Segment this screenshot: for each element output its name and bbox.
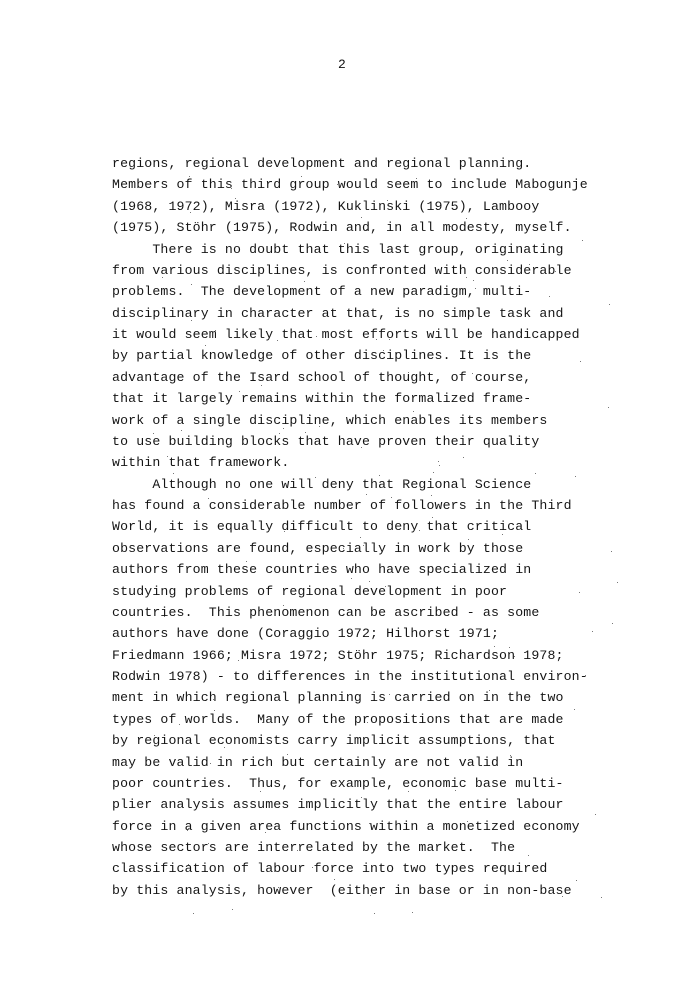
text-line: plier analysis assumes implicitly that t… [112, 794, 588, 815]
scan-noise [529, 698, 530, 699]
scan-noise [283, 605, 284, 606]
scan-noise [385, 586, 386, 587]
scan-noise [494, 646, 495, 647]
scan-noise [232, 909, 233, 910]
scan-noise [433, 472, 434, 473]
scan-noise [608, 407, 609, 408]
scan-noise [367, 722, 368, 723]
scan-noise [315, 477, 316, 478]
text-line: advantage of the Isard school of thought… [112, 367, 588, 388]
scan-noise [404, 480, 405, 481]
scan-noise [555, 271, 556, 272]
scan-noise [179, 724, 180, 725]
scan-noise [376, 339, 377, 340]
scan-noise [477, 652, 478, 653]
scan-noise [389, 694, 390, 695]
scan-noise [364, 337, 365, 338]
scan-noise [432, 893, 433, 894]
text-line: poor countries. Thus, for example, econo… [112, 773, 588, 794]
scan-noise [432, 517, 433, 518]
scan-noise [412, 912, 413, 913]
scan-noise [154, 735, 155, 736]
scan-noise [559, 182, 560, 183]
scan-noise [260, 791, 261, 792]
scan-noise [369, 581, 370, 582]
scan-noise [507, 260, 508, 261]
text-line: countries. This phenomenon can be ascrib… [112, 602, 588, 623]
text-line: World, it is equally difficult to deny t… [112, 516, 588, 537]
scan-noise [419, 530, 420, 531]
scan-noise [416, 178, 417, 179]
scan-noise [205, 345, 206, 346]
scan-noise [455, 790, 456, 791]
scan-noise [164, 616, 165, 617]
scan-noise [284, 531, 285, 532]
text-line: by regional economists carry implicit as… [112, 730, 588, 751]
scan-noise [304, 281, 305, 282]
scan-noise [592, 631, 593, 632]
scan-noise [283, 428, 284, 429]
scan-noise [438, 461, 439, 462]
scan-noise [309, 181, 310, 182]
scan-noise [235, 198, 236, 199]
scan-noise [370, 895, 371, 896]
text-line: authors from these countries who have sp… [112, 559, 588, 580]
text-line: by partial knowledge of other discipline… [112, 345, 588, 366]
scan-noise [475, 288, 476, 289]
scan-noise [208, 843, 209, 844]
scan-noise [277, 340, 278, 341]
scan-noise [310, 415, 311, 416]
scan-noise [229, 161, 230, 162]
scan-noise [466, 277, 467, 278]
scan-noise [301, 176, 302, 177]
text-line: Friedmann 1966; Misra 1972; Stöhr 1975; … [112, 645, 588, 666]
scan-noise [468, 539, 469, 540]
scan-noise [337, 184, 338, 185]
scan-noise [287, 754, 288, 755]
scan-noise [260, 637, 261, 638]
scan-noise [528, 855, 529, 856]
scan-noise [579, 592, 580, 593]
scan-noise [463, 457, 464, 458]
scan-noise [188, 864, 189, 865]
text-line: There is no doubt that this last group, … [112, 239, 588, 260]
scan-noise [473, 280, 474, 281]
scan-noise [502, 534, 503, 535]
scan-noise [612, 623, 613, 624]
scan-noise [585, 675, 586, 676]
text-line: regions, regional development and region… [112, 153, 588, 174]
scan-noise [153, 433, 154, 434]
scan-noise [479, 720, 480, 721]
scan-noise [472, 373, 473, 374]
scan-noise [574, 709, 575, 710]
scan-noise [191, 284, 192, 285]
text-line: classification of labour force into two … [112, 858, 588, 879]
text-line: to use building blocks that have proven … [112, 431, 588, 452]
text-line: may be valid in rich but certainly are n… [112, 752, 588, 773]
text-line: has found a considerable number of follo… [112, 495, 588, 516]
text-line: within that framework. [112, 452, 588, 473]
scan-noise [575, 476, 576, 477]
scan-noise [562, 896, 563, 897]
scan-noise [391, 497, 392, 498]
scan-noise [439, 465, 440, 466]
scan-noise [208, 498, 209, 499]
text-line: by this analysis, however (either in bas… [112, 880, 588, 901]
scan-noise [466, 218, 467, 219]
text-line: that it largely remains within the forma… [112, 388, 588, 409]
scan-noise [611, 551, 612, 552]
scan-noise [191, 320, 192, 321]
scan-noise [211, 714, 212, 715]
text-line: disciplinary in character at that, is no… [112, 303, 588, 324]
scan-noise [215, 330, 216, 331]
scan-noise [316, 336, 317, 337]
scan-noise [361, 217, 362, 218]
scan-noise [278, 887, 279, 888]
scan-noise [595, 814, 596, 815]
scan-noise [214, 710, 215, 711]
scan-noise [363, 545, 364, 546]
scan-noise [181, 430, 182, 431]
text-line: studying problems of regional developmen… [112, 581, 588, 602]
text-line: authors have done (Coraggio 1972; Hilhor… [112, 623, 588, 644]
text-line: whose sectors are interrelated by the ma… [112, 837, 588, 858]
scan-noise [319, 426, 320, 427]
page-number: 2 [338, 57, 346, 72]
scan-noise [601, 897, 602, 898]
scan-noise [383, 350, 384, 351]
scan-noise [409, 849, 410, 850]
scan-noise [580, 361, 581, 362]
scan-noise [344, 243, 345, 244]
scan-noise [431, 495, 432, 496]
scan-noise [361, 447, 362, 448]
scan-noise [239, 391, 240, 392]
scan-noise [344, 330, 345, 331]
scan-noise [467, 821, 468, 822]
text-line: Members of this third group would seem t… [112, 174, 588, 195]
scan-noise [351, 578, 352, 579]
scan-noise [213, 699, 214, 700]
scan-noise [253, 459, 254, 460]
text-line: work of a single discipline, which enabl… [112, 410, 588, 431]
scan-noise [529, 264, 530, 265]
text-line: from various disciplines, is confronted … [112, 260, 588, 281]
scan-noise [261, 385, 262, 386]
scan-noise [334, 879, 335, 880]
text-line: (1968, 1972), Misra (1972), Kuklinski (1… [112, 196, 588, 217]
scan-noise [509, 647, 510, 648]
scan-noise [190, 212, 191, 213]
scan-noise [389, 339, 390, 340]
scan-noise [366, 494, 367, 495]
scan-noise [343, 548, 344, 549]
scan-noise [279, 433, 280, 434]
scan-noise [297, 850, 298, 851]
body-text: regions, regional development and region… [112, 153, 588, 901]
scan-noise [173, 473, 174, 474]
scan-noise [374, 913, 375, 914]
text-line: ment in which regional planning is carri… [112, 687, 588, 708]
scan-noise [224, 747, 225, 748]
scan-noise [549, 296, 550, 297]
scan-noise [312, 867, 313, 868]
scan-noise [193, 913, 194, 914]
scan-noise [489, 690, 490, 691]
scan-noise [189, 176, 190, 177]
scan-noise [305, 432, 306, 433]
text-line: it would seem likely that most efforts w… [112, 324, 588, 345]
scan-noise [617, 582, 618, 583]
scan-noise [576, 880, 577, 881]
scan-noise [408, 372, 409, 373]
scan-noise [361, 797, 362, 798]
text-line: Although no one will deny that Regional … [112, 474, 588, 495]
scan-noise [231, 188, 232, 189]
scan-noise [175, 440, 176, 441]
text-line: observations are found, especially in wo… [112, 538, 588, 559]
scan-noise [265, 832, 266, 833]
scan-noise [379, 475, 380, 476]
scan-noise [369, 823, 370, 824]
scan-noise [413, 411, 414, 412]
scan-noise [280, 743, 281, 744]
scan-noise [210, 763, 211, 764]
text-line: (1975), Stöhr (1975), Rodwin and, in all… [112, 217, 588, 238]
scan-noise [514, 656, 515, 657]
scan-noise [366, 229, 367, 230]
scan-noise [582, 240, 583, 241]
scan-noise [167, 456, 168, 457]
scan-noise [609, 304, 610, 305]
text-line: problems. The development of a new parad… [112, 281, 588, 302]
scan-noise [246, 561, 247, 562]
text-line: Rodwin 1978) - to differences in the ins… [112, 666, 588, 687]
scan-noise [238, 660, 239, 661]
scan-noise [387, 200, 388, 201]
scan-noise [162, 277, 163, 278]
scan-noise [535, 473, 536, 474]
scan-noise [187, 830, 188, 831]
scan-noise [408, 791, 409, 792]
scan-noise [510, 755, 511, 756]
text-line: types of worlds. Many of the proposition… [112, 709, 588, 730]
text-line: force in a given area functions within a… [112, 816, 588, 837]
scan-noise [360, 537, 361, 538]
scan-noise [262, 722, 263, 723]
scan-noise [450, 226, 451, 227]
